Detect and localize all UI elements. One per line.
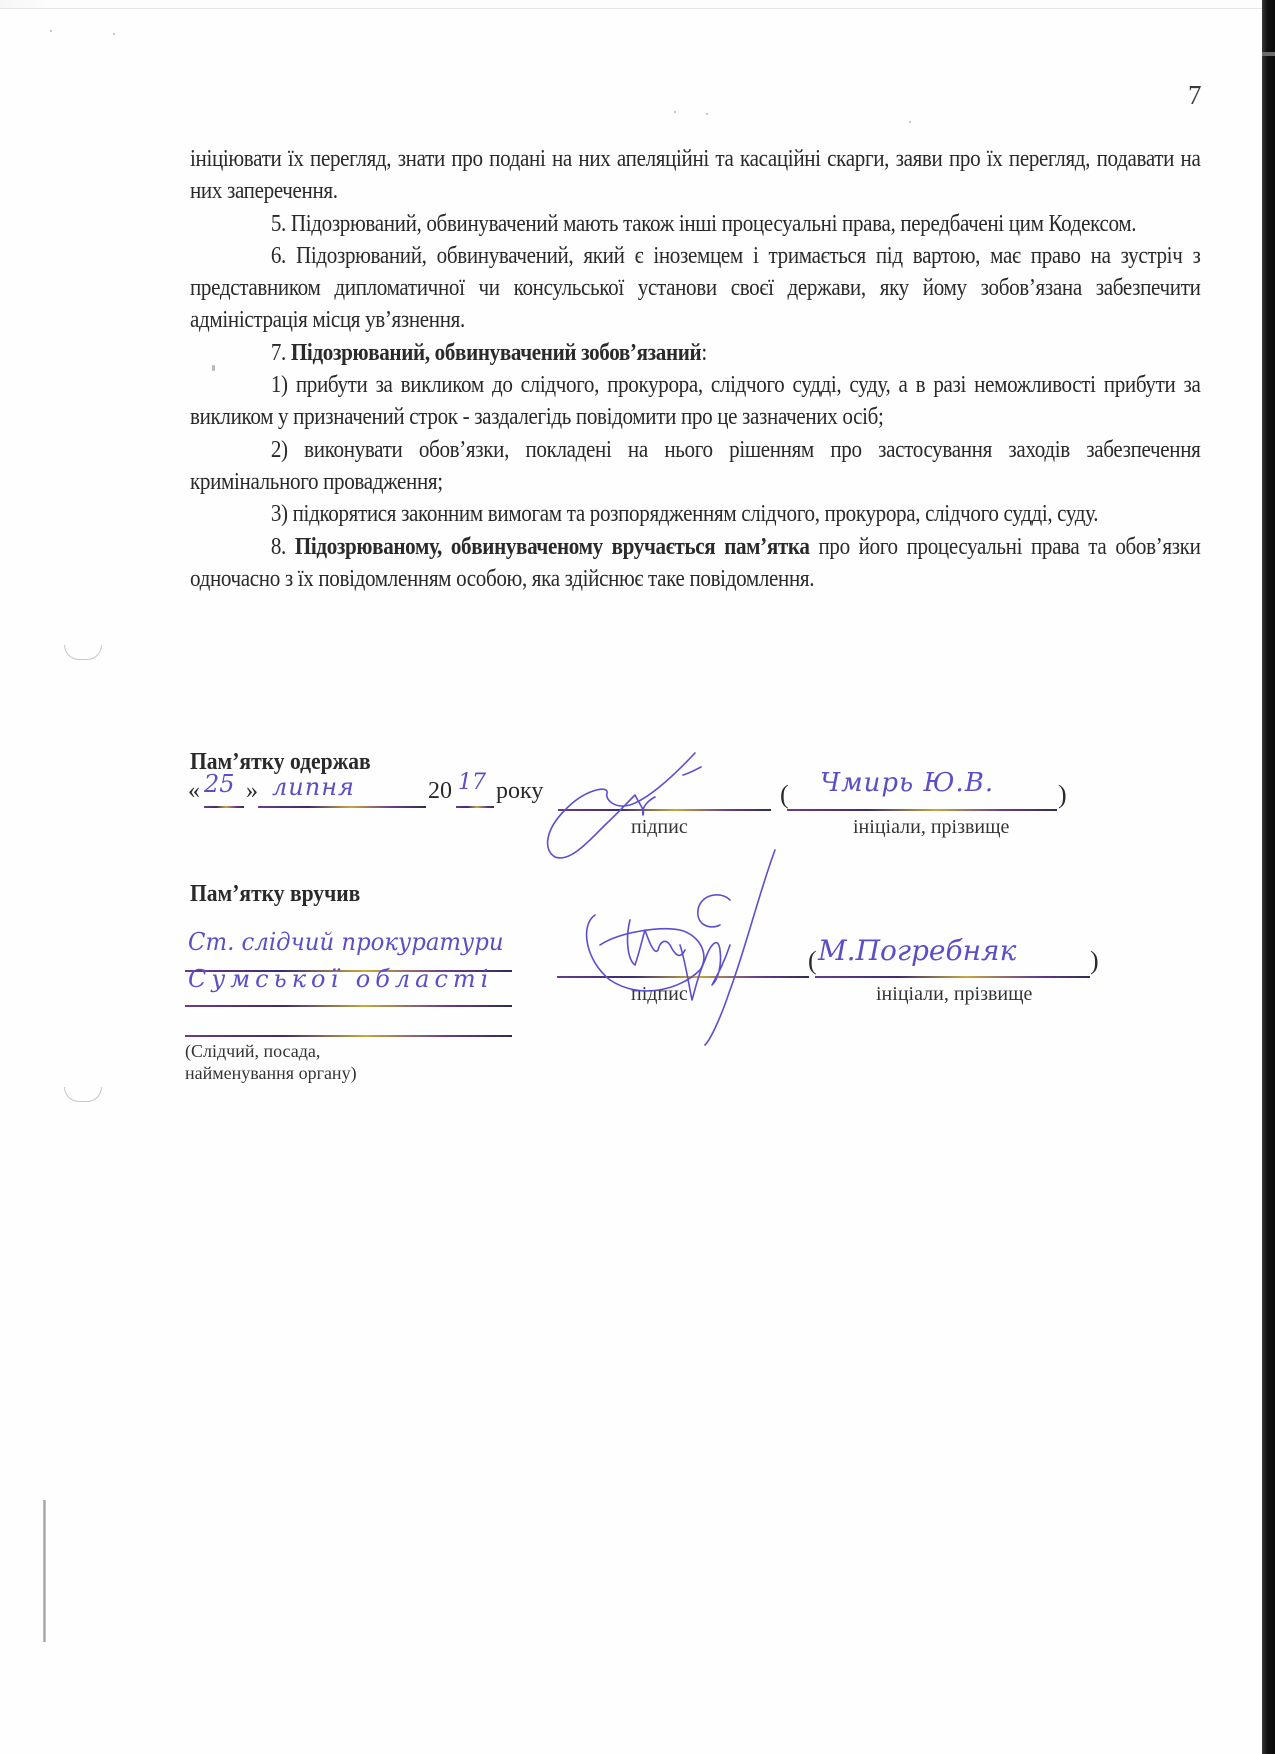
paragraph-6: 6. Підозрюваний, обвинувачений, який є і… (190, 240, 1201, 337)
date-quote-open: « (188, 778, 200, 805)
month-underline (258, 806, 426, 808)
scan-speck (113, 33, 115, 35)
date-month: липня (272, 773, 355, 801)
received-paren-close: ) (1058, 780, 1067, 810)
delivered-signature (580, 850, 800, 1050)
paragraph-7-item-1: 1) прибути за викликом до слідчого, прок… (190, 369, 1201, 434)
paragraph-8: 8. Підозрюваному, обвинуваченому вручаєт… (190, 531, 1201, 596)
received-name-caption: ініціали, прізвище (853, 816, 1009, 839)
day-underline (204, 806, 244, 808)
paragraph-continuation: ініціювати їх перегляд, знати про подані… (190, 143, 1201, 208)
received-paren-open: ( (780, 780, 789, 810)
scan-speck (909, 121, 911, 123)
paragraph-7: 7. Підозрюваний, обвинувачений зобов’яза… (190, 337, 1201, 369)
paragraph-7-tail: : (701, 339, 707, 366)
paragraph-7-bold: Підозрюваний, обвинувачений зобов’язаний (291, 339, 701, 366)
delivered-paren-open: ( (808, 946, 817, 976)
delivered-name-caption: ініціали, прізвище (876, 983, 1032, 1006)
scan-edge-highlight (1262, 52, 1275, 56)
paragraph-5: 5. Підозрюваний, обвинувачений мають так… (190, 208, 1201, 240)
paragraph-8-number: 8. (271, 533, 295, 560)
position-caption-line2: найменування органу) (185, 1063, 357, 1084)
delivered-position-line2: Сумської області (188, 965, 493, 993)
position-underline-3 (185, 1035, 512, 1037)
date-quote-close: » (246, 778, 258, 805)
position-caption-line1: (Слідчий, посада, (185, 1041, 320, 1062)
received-signature (545, 745, 745, 865)
delivered-heading: Пам’ятку вручив (190, 880, 360, 908)
date-year-word: року (496, 778, 543, 805)
date-year-prefix: 20 (428, 778, 452, 805)
paragraph-7-number: 7. (271, 339, 291, 366)
position-underline-2 (185, 1005, 512, 1007)
delivered-paren-close: ) (1090, 946, 1099, 976)
scan-speck (674, 111, 676, 113)
received-name-line (787, 809, 1057, 811)
date-day: 25 (204, 770, 235, 798)
paragraph-7-item-2: 2) виконувати обов’язки, покладені на нь… (190, 434, 1201, 499)
received-name-handwritten: Чмирь Ю.В. (820, 768, 994, 798)
document-body: ініціювати їх перегляд, знати про подані… (190, 143, 1201, 595)
scan-speck (706, 113, 708, 115)
paragraph-7-item-3: 3) підкорятися законним вимогам та розпо… (190, 498, 1201, 530)
delivered-name-line (815, 976, 1090, 978)
date-year-suffix: 17 (458, 770, 486, 795)
paragraph-8-bold: Підозрюваному, обвинуваченому вручається… (295, 533, 810, 560)
page-number: 7 (1188, 80, 1202, 111)
scan-edge (1262, 0, 1275, 1754)
scan-speck (50, 30, 52, 32)
delivered-position-line1: Ст. слідчий прокуратури (188, 928, 504, 956)
binder-mark (43, 1500, 46, 1642)
delivered-name-handwritten: М.Погребняк (818, 934, 1016, 967)
year-underline (456, 806, 494, 808)
